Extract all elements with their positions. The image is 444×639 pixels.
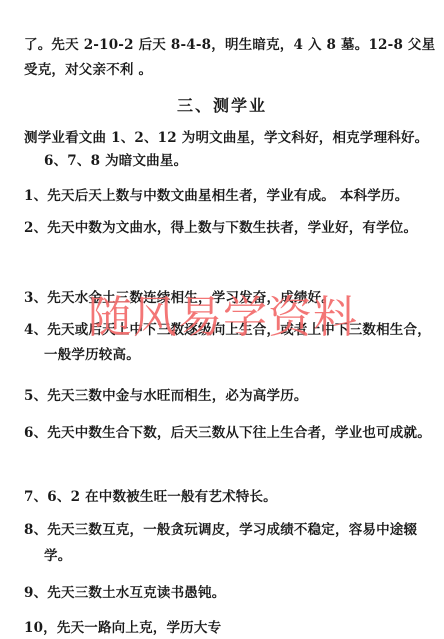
section-heading: 三、测学业 <box>0 93 444 116</box>
list-item-1: 1、先天后天上数与中数文曲星相生者，学业有成。 本科学历。 <box>24 187 408 205</box>
section-paragraph-line-2: 6、7、8 为暗文曲星。 <box>44 152 187 170</box>
list-item-10: 10，先天一路向上克，学历大专 <box>24 619 221 637</box>
list-item-2: 2、先天中数为文曲水，得上数与下数生扶者，学业好，有学位。 <box>24 219 417 237</box>
list-item-5: 5、先天三数中金与水旺而相生，必为高学历。 <box>24 387 308 405</box>
list-item-6: 6、先天中数生合下数，后天三数从下往上生合者，学业也可成就。 <box>24 424 431 442</box>
intro-line-1: 了。先天 2-10-2 后天 8-4-8，明生暗克，4 入 8 墓。12-8 父… <box>24 36 435 54</box>
intro-line-2: 受克，对父亲不利 。 <box>24 61 152 79</box>
watermark-text: 随风易学资料 <box>88 294 358 342</box>
list-item-7: 7、6、2 在中数被生旺一般有艺术特长。 <box>24 488 277 506</box>
list-item-8-continuation: 学。 <box>44 547 71 565</box>
list-item-4-continuation: 一般学历较高。 <box>44 346 140 364</box>
section-paragraph-line-1: 测学业看文曲 1、2、12 为明文曲星，学文科好，相克学理科好。 <box>24 129 428 147</box>
list-item-8: 8、先天三数互克，一般贪玩调皮，学习成绩不稳定，容易中途辍 <box>24 521 417 539</box>
list-item-9: 9、先天三数土水互克读书愚钝。 <box>24 584 225 602</box>
